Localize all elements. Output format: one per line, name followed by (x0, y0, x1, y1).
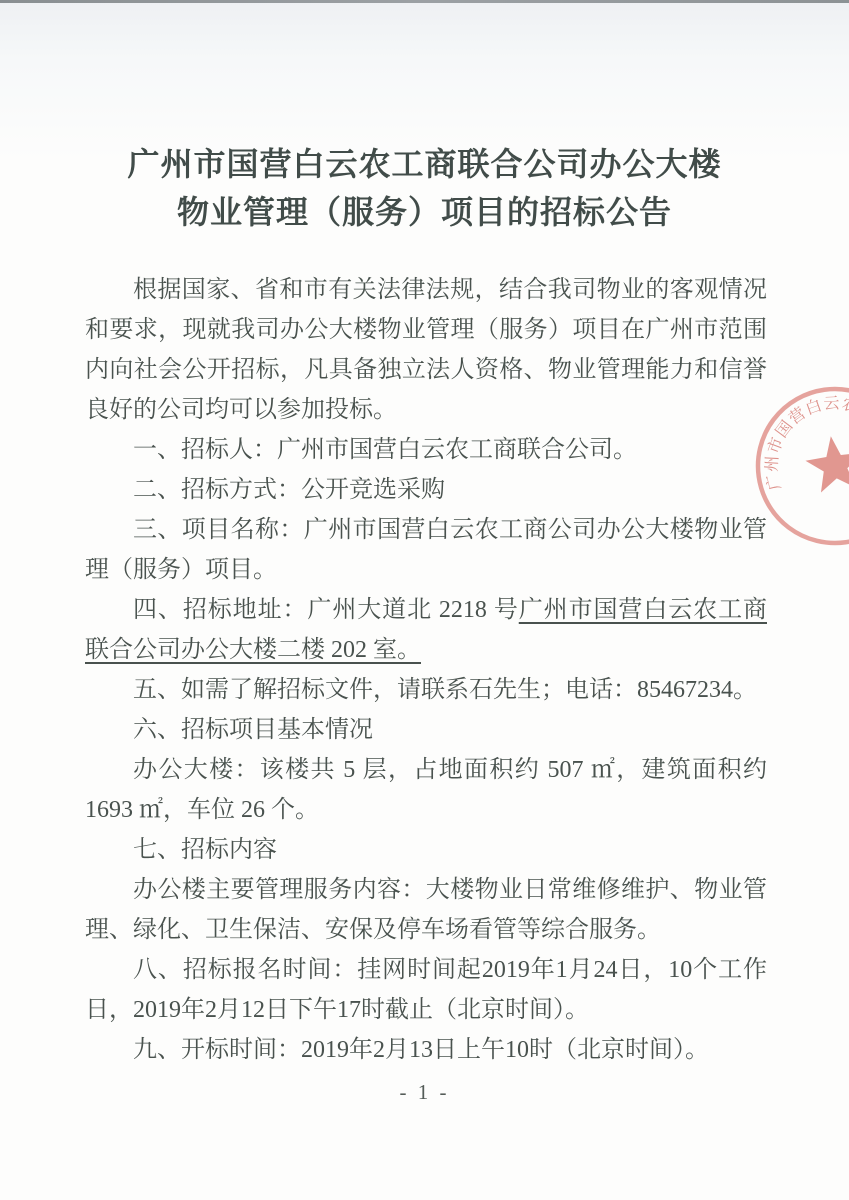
item-4-address-prefix: 四、招标地址：广州大道北 2218 号 (133, 597, 519, 623)
document-body: 根据国家、省和市有关法律法规，结合我司物业的客观情况和要求，现就我司办公大楼物业… (85, 270, 767, 1070)
item-1-bidder: 一、招标人：广州市国营白云农工商联合公司。 (85, 430, 767, 470)
item-6-heading: 六、招标项目基本情况 (85, 710, 767, 750)
item-9-opening-time: 九、开标时间：2019年2月13日上午10时（北京时间）。 (85, 1030, 767, 1070)
item-5-contact: 五、如需了解招标文件，请联系石先生；电话：85467234。 (85, 670, 767, 710)
page-number: - 1 - (0, 1080, 849, 1105)
scanned-document-page: 广州市国营白云农工商联合公司办公大楼 物业管理（服务）项目的招标公告 根据国家、… (0, 0, 849, 1200)
item-6-building-detail: 办公大楼：该楼共 5 层，占地面积约 507 ㎡，建筑面积约 1693 ㎡，车位… (85, 750, 767, 830)
title-line-2: 物业管理（服务）项目的招标公告 (0, 188, 849, 236)
scan-edge-artifact (0, 0, 849, 3)
paragraph-intro: 根据国家、省和市有关法律法规，结合我司物业的客观情况和要求，现就我司办公大楼物业… (85, 270, 767, 430)
document-title: 广州市国营白云农工商联合公司办公大楼 物业管理（服务）项目的招标公告 (0, 140, 849, 236)
item-8-registration-time: 八、招标报名时间：挂网时间起2019年1月24日，10个工作日，2019年2月1… (85, 950, 767, 1030)
title-line-1: 广州市国营白云农工商联合公司办公大楼 (0, 140, 849, 188)
item-2-bid-method: 二、招标方式：公开竞选采购 (85, 470, 767, 510)
item-4-bid-address: 四、招标地址：广州大道北 2218 号广州市国营白云农工商联合公司办公大楼二楼 … (85, 590, 767, 670)
item-7-heading: 七、招标内容 (85, 830, 767, 870)
item-7-service-detail: 办公楼主要管理服务内容：大楼物业日常维修维护、物业管理、绿化、卫生保洁、安保及停… (85, 870, 767, 950)
seal-star-icon (803, 432, 849, 494)
item-3-project-name: 三、项目名称：广州市国营白云农工商公司办公大楼物业管理（服务）项目。 (85, 510, 767, 590)
